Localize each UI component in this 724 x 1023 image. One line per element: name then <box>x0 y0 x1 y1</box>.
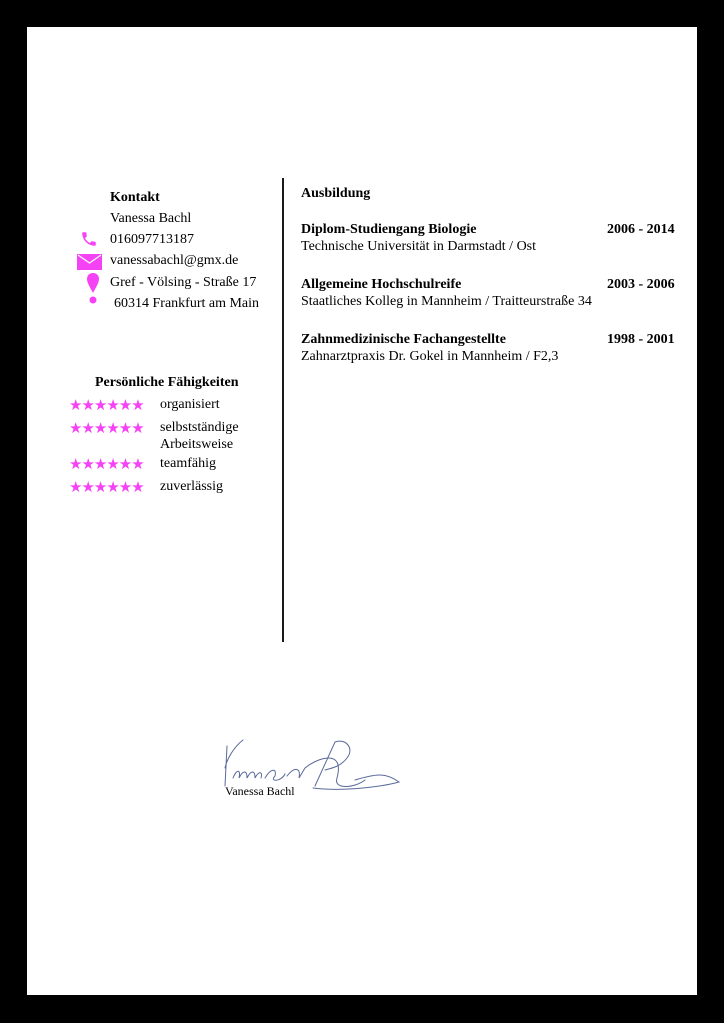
skill-label-continued: Arbeitsweise <box>160 437 233 453</box>
education-title: Zahnmedizinische Fachangestellte <box>301 332 506 348</box>
skill-label: zuverlässig <box>160 479 223 495</box>
contact-phone[interactable]: 016097713187 <box>110 232 194 248</box>
contact-street: Gref - Völsing - Straße 17 <box>110 275 256 291</box>
contact-city: 60314 Frankfurt am Main <box>114 296 259 312</box>
education-institution: Technische Universität in Darmstadt / Os… <box>301 239 536 255</box>
signature-name: Vanessa Bachl <box>225 784 295 799</box>
skill-label: organisiert <box>160 397 220 413</box>
skill-rating-stars: ★★★★★★ <box>69 478 144 497</box>
education-title: Allgemeine Hochschulreife <box>301 277 461 293</box>
mail-icon <box>77 254 102 270</box>
column-divider <box>282 178 284 642</box>
phone-icon <box>80 230 98 248</box>
contact-heading: Kontakt <box>110 190 160 206</box>
cv-page <box>27 27 697 995</box>
skill-rating-stars: ★★★★★★ <box>69 455 144 474</box>
skill-rating-stars: ★★★★★★ <box>69 419 144 438</box>
contact-email[interactable]: vanessabachl@gmx.de <box>110 253 238 269</box>
skill-rating-stars: ★★★★★★ <box>69 396 144 415</box>
education-heading: Ausbildung <box>301 186 370 202</box>
skill-label: teamfähig <box>160 456 216 472</box>
education-years: 2006 - 2014 <box>607 222 675 238</box>
skills-heading: Persönliche Fähigkeiten <box>95 375 239 391</box>
education-title: Diplom-Studiengang Biologie <box>301 222 476 238</box>
education-institution: Zahnarztpraxis Dr. Gokel in Mannheim / F… <box>301 349 558 365</box>
skill-label: selbstständige <box>160 420 239 436</box>
education-institution: Staatliches Kolleg in Mannheim / Traitte… <box>301 294 592 310</box>
location-pin-icon <box>86 273 100 305</box>
education-years: 1998 - 2001 <box>607 332 675 348</box>
contact-name: Vanessa Bachl <box>110 211 191 227</box>
education-years: 2003 - 2006 <box>607 277 675 293</box>
